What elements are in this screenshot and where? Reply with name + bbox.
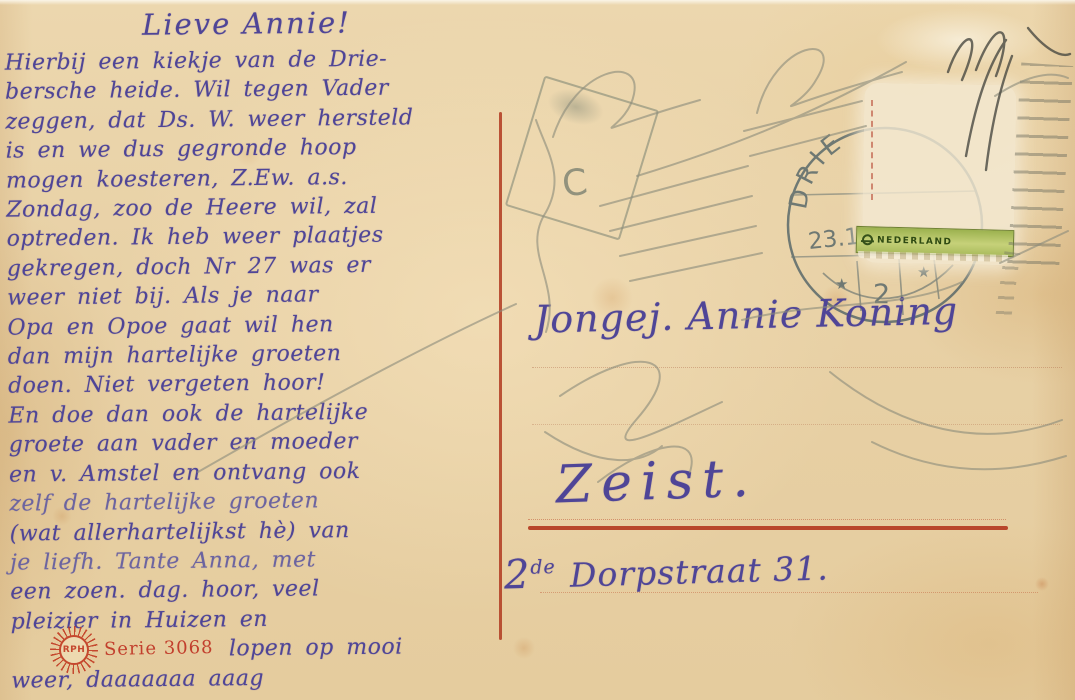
svg-text:DRIE: DRIE <box>783 126 849 211</box>
salutation: Lieve Annie! <box>142 4 472 41</box>
control-stamp-letter: C <box>560 162 590 206</box>
postcard-back: Lieve Annie! Hierbij een kiekje van de D… <box>0 0 1075 700</box>
address-guide-line <box>528 519 1006 520</box>
address-street: 2deDorpstraat 31. <box>503 543 829 598</box>
address-guide-line <box>532 367 1062 368</box>
address-city: Zeist. <box>555 448 759 515</box>
card-torn-edge <box>0 0 1075 5</box>
address-guide-line <box>532 424 1060 425</box>
address-red-underline <box>528 526 1008 530</box>
stamp-edge-dashes <box>871 100 873 200</box>
postmark-star-right: ★ <box>917 263 930 281</box>
control-stamp-smudge <box>543 82 608 131</box>
publisher-logo-icon: RPH <box>50 626 98 674</box>
machine-cancel-bars <box>1007 62 1073 273</box>
series-number-label: Serie 3068 <box>104 637 214 660</box>
postmark-town: DRIE <box>783 126 849 211</box>
center-divider-line <box>499 112 502 640</box>
publisher-logo-initials: RPH <box>59 635 89 665</box>
street-number: 2 <box>503 552 531 599</box>
postmark-date: 23.1 <box>807 224 861 255</box>
posthorn-icon <box>862 234 873 245</box>
address-recipient: Jongej. Annie Koning <box>534 286 1075 341</box>
control-stamp-box: C <box>505 75 660 240</box>
message-text: Hierbij een kiekje van de Drie- bersche … <box>5 43 512 695</box>
stamp-country-label: NEDERLAND <box>877 235 953 247</box>
address-guide-line <box>540 592 1038 593</box>
street-number-suffix: de <box>530 556 556 579</box>
street-name: Dorpstraat 31. <box>569 548 829 594</box>
